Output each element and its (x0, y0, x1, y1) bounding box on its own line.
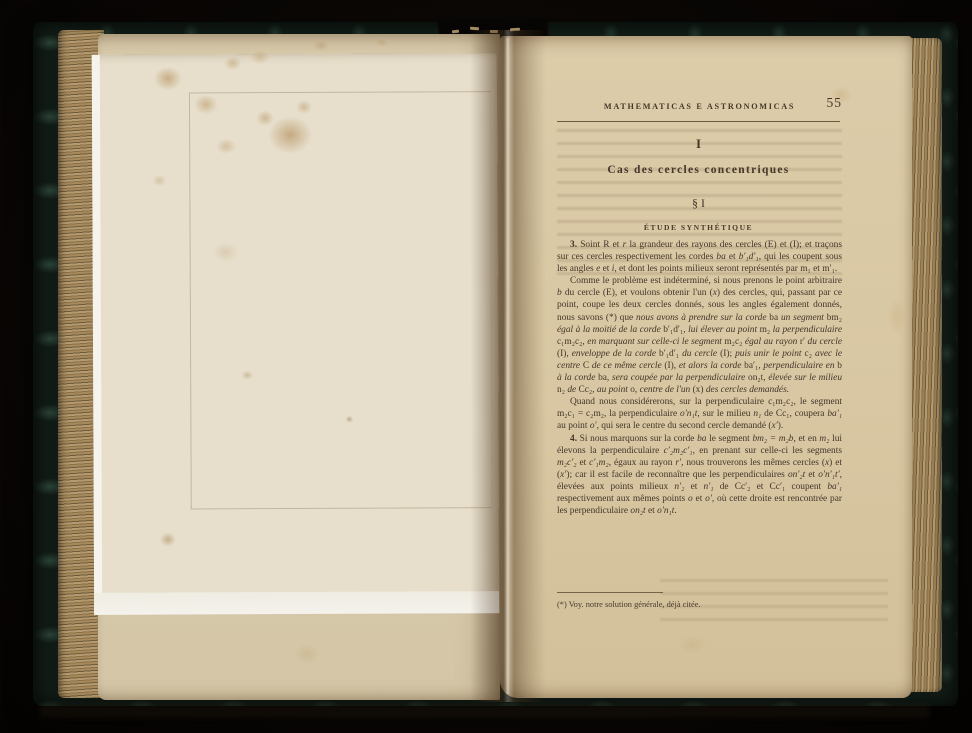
foxing-stain (313, 40, 329, 51)
section-label: § I (557, 196, 840, 211)
page-number: 55 (827, 95, 843, 111)
chapter-title: Cas des cercles concentriques (557, 164, 840, 176)
tissue-sheet (92, 53, 499, 615)
body-text: 3. Soint R et r la grandeur des rayons d… (557, 239, 842, 517)
paragraph: 4. Si nous marquons sur la corde ba le s… (557, 433, 842, 518)
foxing-stain (241, 370, 253, 380)
foxing-stain (376, 38, 388, 47)
headband-speck (470, 27, 479, 31)
foxing-stain (250, 50, 270, 64)
foxing-stain (888, 296, 906, 336)
paragraph: Quand nous considérerons, sur la perpend… (557, 396, 842, 432)
foxing-stain (194, 94, 218, 114)
right-page: MATHEMATICAS E ASTRONOMICAS 55 I Cas des… (500, 36, 912, 698)
foxing-stain (345, 416, 353, 423)
headband-speck (490, 30, 498, 33)
foxing-stain (256, 110, 274, 126)
running-header: MATHEMATICAS E ASTRONOMICAS (557, 102, 842, 111)
page-edges-right (908, 38, 942, 692)
gutter-crease-highlight (505, 38, 510, 694)
foxing-stain (680, 636, 706, 654)
foxing-stain (160, 533, 176, 547)
scanned-book-photo: MATHEMATICAS E ASTRONOMICAS 55 I Cas des… (0, 0, 972, 733)
foxing-stain (213, 242, 239, 262)
paragraph: 3. Soint R et r la grandeur des rayons d… (557, 239, 842, 275)
header-rule (557, 121, 840, 122)
foxing-stain (296, 100, 312, 114)
foxing-stain (152, 175, 166, 187)
headband-speck (510, 28, 520, 32)
plate-mark (189, 91, 493, 509)
foxing-stain (130, 595, 160, 613)
foxing-stain (216, 138, 236, 154)
chapter-numeral: I (557, 136, 840, 152)
foxing-stain (154, 66, 182, 90)
foxing-stain (268, 116, 312, 154)
foxing-stain (224, 56, 242, 70)
paragraph: Comme le problème est indéterminé, si no… (557, 275, 842, 396)
shelf-shadow (40, 704, 930, 718)
section-subtitle: ÉTUDE SYNTHÉTIQUE (557, 223, 840, 232)
footnote-rule (557, 592, 663, 593)
foxing-stain (294, 644, 320, 664)
running-header-row: MATHEMATICAS E ASTRONOMICAS 55 (557, 98, 842, 116)
footnote: (*) Voy. notre solution générale, déjà c… (557, 600, 842, 609)
